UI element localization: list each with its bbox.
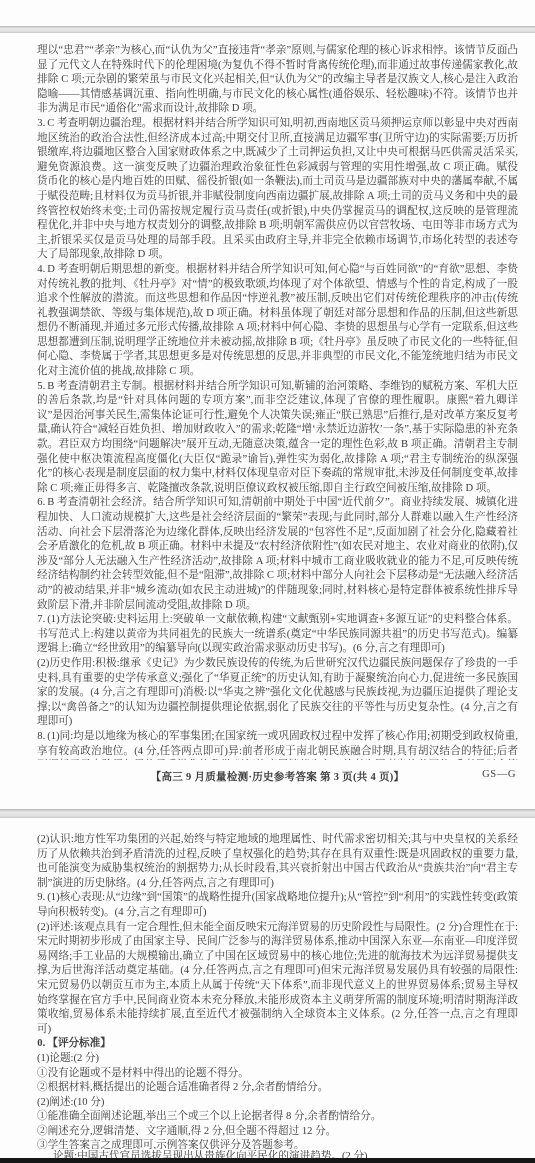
question-number: 13. bbox=[37, 118, 47, 129]
answer-paragraph: (1)论题:(2 分) bbox=[37, 1052, 518, 1067]
answer-paragraph: 18.(1)同:均是以地缘为核心的军事集团;在国家统一或巩固政权过程中发挥了核心… bbox=[37, 730, 518, 760]
answer-paragraph: 17.(1)方法论突破:史料运用上:突破单一文献依赖,构建“文献甄别+实地调查+… bbox=[37, 613, 518, 657]
answer-paragraph: (2)历史作用:积极:继承《史记》为少数民族设传的传统,为后世研究汉代边疆民族问… bbox=[37, 657, 518, 730]
page-gap-band bbox=[0, 809, 535, 818]
page-footer-title: 【高三 9 月质量检测·历史参考答案 第 3 页(共 4 页)】 bbox=[151, 772, 405, 783]
answer-paragraph: 13.C 考查明朝边疆治理。根据材料并结合所学知识可知,明初,西南地区贡马须押运… bbox=[37, 117, 518, 263]
answer-paragraph: ②根据材料,概括提出的论题合适准确者得 2 分,余者酌情给分。 bbox=[37, 1081, 518, 1096]
scanned-answer-document: 理以“忠君”“孝亲”为核心,而“认仇为父”直接违背“孝亲”原则,与儒家伦理的核心… bbox=[0, 0, 535, 1163]
answer-page-3: 理以“忠君”“孝亲”为核心,而“认仇为父”直接违背“孝亲”原则,与儒家伦理的核心… bbox=[0, 33, 535, 809]
answer-paragraph: ①没有论题或不是材料中得出的论题不得分。 bbox=[37, 1067, 518, 1082]
answer-paragraph: (2)评述:该观点具有一定合理性,但未能全面反映宋元海洋贸易的历史阶段性与局限性… bbox=[37, 921, 518, 1038]
screenshot-cut-edge bbox=[0, 1158, 535, 1163]
page3-footer: 【高三 9 月质量检测·历史参考答案 第 3 页(共 4 页)】 GS—G bbox=[37, 769, 518, 784]
answer-paragraph: 19.(1)核心表现:从“边缘”到“国策”的战略性提升(国家战略地位提升);从“… bbox=[37, 891, 518, 920]
answer-paragraph: (2)阐述:(10 分) bbox=[37, 1096, 518, 1111]
answer-paragraph: (2)认识:地方性军功集团的兴起,始终与特定地域的地理属性、时代需求密切相关;其… bbox=[37, 833, 518, 891]
question-number: 14. bbox=[37, 264, 47, 275]
answer-paragraph: 15.B 考查清朝君主专制。根据材料并结合所学知识可知,靳辅的治河策略、李维钧的… bbox=[37, 380, 518, 497]
question-number: 20. bbox=[37, 1038, 47, 1049]
answer-paragraph: 14.D 考查明朝后期思想的新变。根据材料并结合所学知识可知,何心隐“与百姓同欲… bbox=[37, 263, 518, 380]
page3-text-column: 理以“忠君”“孝亲”为核心,而“认仇为父”直接违背“孝亲”原则,与儒家伦理的核心… bbox=[37, 44, 518, 760]
page-footer-code: GS—G bbox=[482, 769, 516, 780]
answer-paragraph: 20.【评分标准】 bbox=[37, 1037, 518, 1052]
answer-paragraph: ②阐述充分,逻辑清楚、文字通顺,得 2 分,但全题不得超过 12 分。 bbox=[37, 1125, 518, 1140]
answer-paragraph: 理以“忠君”“孝亲”为核心,而“认仇为父”直接违背“孝亲”原则,与儒家伦理的核心… bbox=[37, 44, 518, 117]
answer-paragraph: ③学生答案言之成理即可,示例答案仅供评分及答题参考。 bbox=[37, 1139, 518, 1149]
question-number: 15. bbox=[37, 381, 47, 392]
answer-paragraph: 16.B 考查清朝社会经济。结合所学知识可知,清朝前中期处于中国“近代前夕”。商… bbox=[37, 496, 518, 613]
page-edge-band-top bbox=[0, 26, 535, 33]
answer-paragraph: ①能准确全面阐述论题,举出三个或三个以上论据者得 8 分,余者酌情给分。 bbox=[37, 1110, 518, 1125]
page4-text-column: (2)认识:地方性军功集团的兴起,始终与特定地域的地理属性、时代需求密切相关;其… bbox=[37, 833, 518, 1149]
question-number: 16. bbox=[37, 497, 47, 508]
question-number: 17. bbox=[37, 614, 47, 625]
answer-page-4: (2)认识:地方性军功集团的兴起,始终与特定地域的地理属性、时代需求密切相关;其… bbox=[0, 818, 535, 1163]
question-number: 19. bbox=[37, 892, 47, 903]
question-number: 18. bbox=[37, 731, 47, 742]
